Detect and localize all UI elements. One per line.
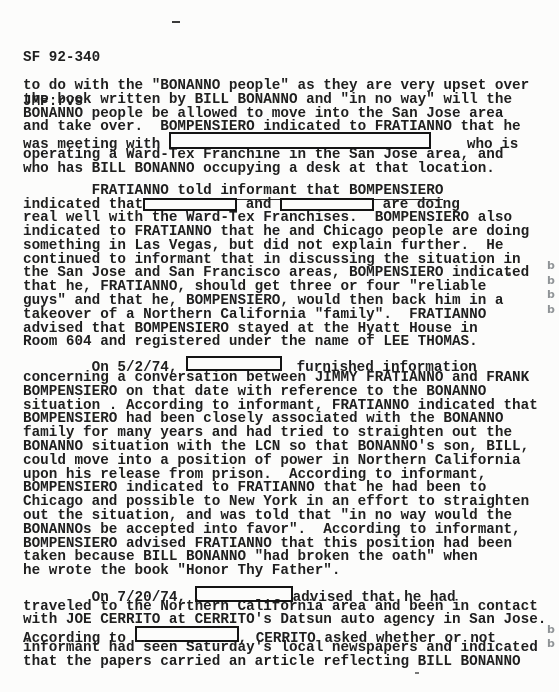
text-line: who has BILL BONANNO occupying a desk at… [23,163,546,177]
redaction-box [143,198,237,211]
text-segment: Room 604 and registered under the name o… [23,334,478,350]
text-segment: he wrote the book "Honor Thy Father". [23,563,340,579]
exemption-mark: b [547,637,555,651]
paragraph: to do with the "BONANNO people" as they … [23,80,546,177]
text-line: that the papers carried an article refle… [23,656,546,670]
text-segment: who has BILL BONANNO occupying a desk at… [23,161,495,177]
document-page: SF 92-340 JMP:rvs to do with the "BONANN… [0,0,559,692]
text-line: with JOE CERRITO at CERRITO's Datsun aut… [23,614,546,628]
text-segment: with JOE CERRITO at CERRITO's Datsun aut… [23,612,546,628]
redaction-box [195,586,293,602]
paragraph: On 5/2/74, furnished informationconcerni… [23,358,546,579]
document-body: to do with the "BONANNO people" as they … [23,80,546,670]
text-line: FRATIANNO told informant that BOMPENSIER… [23,185,546,199]
text-line: he wrote the book "Honor Thy Father". [23,565,546,579]
file-number: SF 92-340 [23,51,100,66]
redaction-box [135,626,239,642]
text-segment: FRATIANNO told [23,183,220,199]
foia-exemption-marks-top: bbbb [547,259,555,317]
stray-ink-dot [415,672,419,674]
redaction-box [280,198,374,211]
exemption-mark: b [547,288,555,303]
stray-pen-dash [172,21,180,23]
exemption-mark: b [547,259,555,274]
exemption-mark: b [547,623,555,637]
exemption-mark: b [547,274,555,289]
text-segment: that the papers carried an article refle… [23,654,521,670]
redaction-box [186,356,282,371]
paragraph: On 7/20/74, advised that he hadtraveled … [23,587,546,670]
redaction-box [169,132,431,149]
exemption-mark: b [547,303,555,318]
paragraph: FRATIANNO told informant that BOMPENSIER… [23,185,546,351]
foia-exemption-marks-bottom: bb [547,623,555,651]
text-line: Room 604 and registered under the name o… [23,336,546,350]
